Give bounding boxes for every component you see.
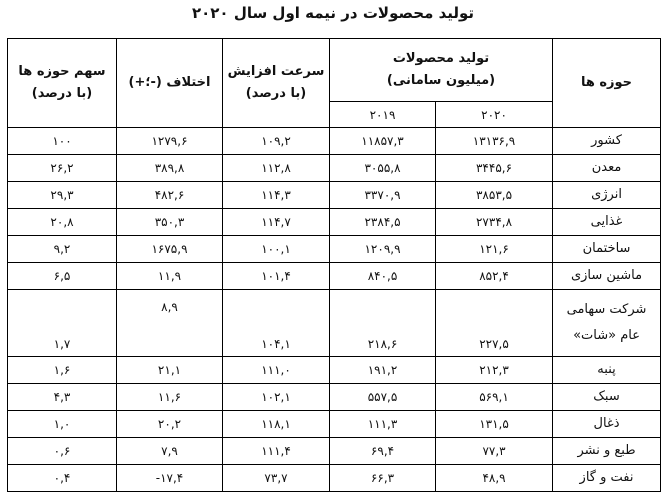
- cell-growth: ۱۰۱,۴: [223, 263, 330, 290]
- cell-growth: ۱۱۴,۷: [223, 209, 330, 236]
- production-table: حوزه ها تولید محصولات (میلیون سامانی) سر…: [7, 38, 661, 492]
- header-share: سهم حوزه ها (با درصد): [8, 39, 117, 128]
- cell-sector: طبع و نشر: [553, 438, 661, 465]
- table-row: ذغال ۱۳۱,۵ ۱۱۱,۳ ۱۱۸,۱ ۲۰,۲ ۱,۰: [8, 411, 661, 438]
- cell-p2019: ۳۳۷۰,۹: [330, 182, 436, 209]
- header-production: تولید محصولات (میلیون سامانی): [330, 39, 553, 102]
- header-difference: اختلاف (-؛+): [117, 39, 223, 128]
- header-sector: حوزه ها: [553, 39, 661, 128]
- header-year-2020: ۲۰۲۰: [436, 102, 553, 128]
- cell-sector: نفت و گاز: [553, 465, 661, 492]
- cell-diff: ۲۰,۲: [117, 411, 223, 438]
- cell-share: ۲۶,۲: [8, 155, 117, 182]
- table-row: سبک ۵۶۹,۱ ۵۵۷,۵ ۱۰۲,۱ ۱۱,۶ ۴,۳: [8, 384, 661, 411]
- cell-p2019: ۱۱۱,۳: [330, 411, 436, 438]
- cell-share: ۲۰,۸: [8, 209, 117, 236]
- cell-p2020: ۲۲۷,۵: [436, 290, 553, 357]
- cell-p2020: ۱۲۱,۶: [436, 236, 553, 263]
- header-production-line2: (میلیون سامانی): [330, 70, 552, 92]
- cell-growth: ۱۱۱,۰: [223, 357, 330, 384]
- cell-p2020: ۸۵۲,۴: [436, 263, 553, 290]
- cell-sector: ذغال: [553, 411, 661, 438]
- cell-p2019: ۵۵۷,۵: [330, 384, 436, 411]
- cell-p2019: ۳۰۵۵,۸: [330, 155, 436, 182]
- cell-sector: معدن: [553, 155, 661, 182]
- cell-p2019: ۱۹۱,۲: [330, 357, 436, 384]
- cell-growth: ۱۰۲,۱: [223, 384, 330, 411]
- cell-diff: ۲۱,۱: [117, 357, 223, 384]
- cell-p2020: ۳۸۵۳,۵: [436, 182, 553, 209]
- cell-growth: ۱۱۴,۳: [223, 182, 330, 209]
- cell-share: ۱۰۰: [8, 128, 117, 155]
- table-row: کشور ۱۳۱۳۶,۹ ۱۱۸۵۷,۳ ۱۰۹,۲ ۱۲۷۹,۶ ۱۰۰: [8, 128, 661, 155]
- cell-sector: غذایی: [553, 209, 661, 236]
- cell-p2019: ۲۳۸۴,۵: [330, 209, 436, 236]
- header-year-2019: ۲۰۱۹: [330, 102, 436, 128]
- cell-diff: ۱۱,۹: [117, 263, 223, 290]
- cell-p2019: ۸۴۰,۵: [330, 263, 436, 290]
- cell-p2019: ۶۶,۳: [330, 465, 436, 492]
- cell-sector: ساختمان: [553, 236, 661, 263]
- cell-p2020: ۲۷۳۴,۸: [436, 209, 553, 236]
- cell-share: ۰,۴: [8, 465, 117, 492]
- cell-growth: ۱۱۱,۴: [223, 438, 330, 465]
- cell-share: ۴,۳: [8, 384, 117, 411]
- cell-diff: ۳۵۰,۳: [117, 209, 223, 236]
- cell-sector: انرژی: [553, 182, 661, 209]
- cell-growth: ۱۰۹,۲: [223, 128, 330, 155]
- cell-p2019: ۶۹,۴: [330, 438, 436, 465]
- table-row: معدن ۳۴۴۵,۶ ۳۰۵۵,۸ ۱۱۲,۸ ۳۸۹,۸ ۲۶,۲: [8, 155, 661, 182]
- cell-growth: ۷۳,۷: [223, 465, 330, 492]
- cell-p2020: ۱۳۱,۵: [436, 411, 553, 438]
- cell-growth: ۱۱۲,۸: [223, 155, 330, 182]
- header-growth: سرعت افزایش (با درصد): [223, 39, 330, 128]
- cell-diff: ۷,۹: [117, 438, 223, 465]
- cell-share: ۱,۶: [8, 357, 117, 384]
- table-row: ماشین سازی ۸۵۲,۴ ۸۴۰,۵ ۱۰۱,۴ ۱۱,۹ ۶,۵: [8, 263, 661, 290]
- cell-sector: سبک: [553, 384, 661, 411]
- cell-p2020: ۷۷,۳: [436, 438, 553, 465]
- cell-p2020: ۲۱۲,۳: [436, 357, 553, 384]
- table-row: انرژی ۳۸۵۳,۵ ۳۳۷۰,۹ ۱۱۴,۳ ۴۸۲,۶ ۲۹,۳: [8, 182, 661, 209]
- cell-diff: ۳۸۹,۸: [117, 155, 223, 182]
- cell-share: ۶,۵: [8, 263, 117, 290]
- cell-share: ۹,۲: [8, 236, 117, 263]
- cell-growth: ۱۱۸,۱: [223, 411, 330, 438]
- cell-p2019: ۱۱۸۵۷,۳: [330, 128, 436, 155]
- cell-p2020: ۵۶۹,۱: [436, 384, 553, 411]
- cell-sector-line2: عام «شات»: [553, 323, 660, 349]
- table-row: نفت و گاز ۴۸,۹ ۶۶,۳ ۷۳,۷ -۱۷,۴ ۰,۴: [8, 465, 661, 492]
- cell-diff: ۱۶۷۵,۹: [117, 236, 223, 263]
- cell-diff: ۸,۹: [117, 290, 223, 357]
- cell-sector: کشور: [553, 128, 661, 155]
- cell-p2020: ۳۴۴۵,۶: [436, 155, 553, 182]
- header-growth-line1: سرعت افزایش: [223, 61, 329, 83]
- table-row: پنبه ۲۱۲,۳ ۱۹۱,۲ ۱۱۱,۰ ۲۱,۱ ۱,۶: [8, 357, 661, 384]
- cell-p2020: ۴۸,۹: [436, 465, 553, 492]
- cell-sector: پنبه: [553, 357, 661, 384]
- header-share-line1: سهم حوزه ها: [8, 61, 116, 83]
- header-share-line2: (با درصد): [8, 83, 116, 105]
- cell-share: ۱,۰: [8, 411, 117, 438]
- cell-p2020: ۱۳۱۳۶,۹: [436, 128, 553, 155]
- header-row: حوزه ها تولید محصولات (میلیون سامانی) سر…: [8, 39, 661, 102]
- cell-growth: ۱۰۰,۱: [223, 236, 330, 263]
- table-row: طبع و نشر ۷۷,۳ ۶۹,۴ ۱۱۱,۴ ۷,۹ ۰,۶: [8, 438, 661, 465]
- cell-p2019: ۲۱۸,۶: [330, 290, 436, 357]
- cell-diff: ۱۱,۶: [117, 384, 223, 411]
- cell-growth: ۱۰۴,۱: [223, 290, 330, 357]
- table-row: شرکت سهامی عام «شات» ۲۲۷,۵ ۲۱۸,۶ ۱۰۴,۱ ۸…: [8, 290, 661, 357]
- table-row: ساختمان ۱۲۱,۶ ۱۲۰۹,۹ ۱۰۰,۱ ۱۶۷۵,۹ ۹,۲: [8, 236, 661, 263]
- cell-diff: ۱۲۷۹,۶: [117, 128, 223, 155]
- cell-share: ۰,۶: [8, 438, 117, 465]
- cell-sector: ماشین سازی: [553, 263, 661, 290]
- header-production-line1: تولید محصولات: [330, 48, 552, 70]
- cell-diff: ۴۸۲,۶: [117, 182, 223, 209]
- cell-sector-line1: شرکت سهامی: [553, 297, 660, 323]
- header-growth-line2: (با درصد): [223, 83, 329, 105]
- page-title: تولید محصولات در نیمه اول سال ۲۰۲۰: [0, 2, 666, 24]
- cell-p2019: ۱۲۰۹,۹: [330, 236, 436, 263]
- cell-sector: شرکت سهامی عام «شات»: [553, 290, 661, 357]
- cell-share: ۱,۷: [8, 290, 117, 357]
- table-row: غذایی ۲۷۳۴,۸ ۲۳۸۴,۵ ۱۱۴,۷ ۳۵۰,۳ ۲۰,۸: [8, 209, 661, 236]
- cell-diff: -۱۷,۴: [117, 465, 223, 492]
- cell-share: ۲۹,۳: [8, 182, 117, 209]
